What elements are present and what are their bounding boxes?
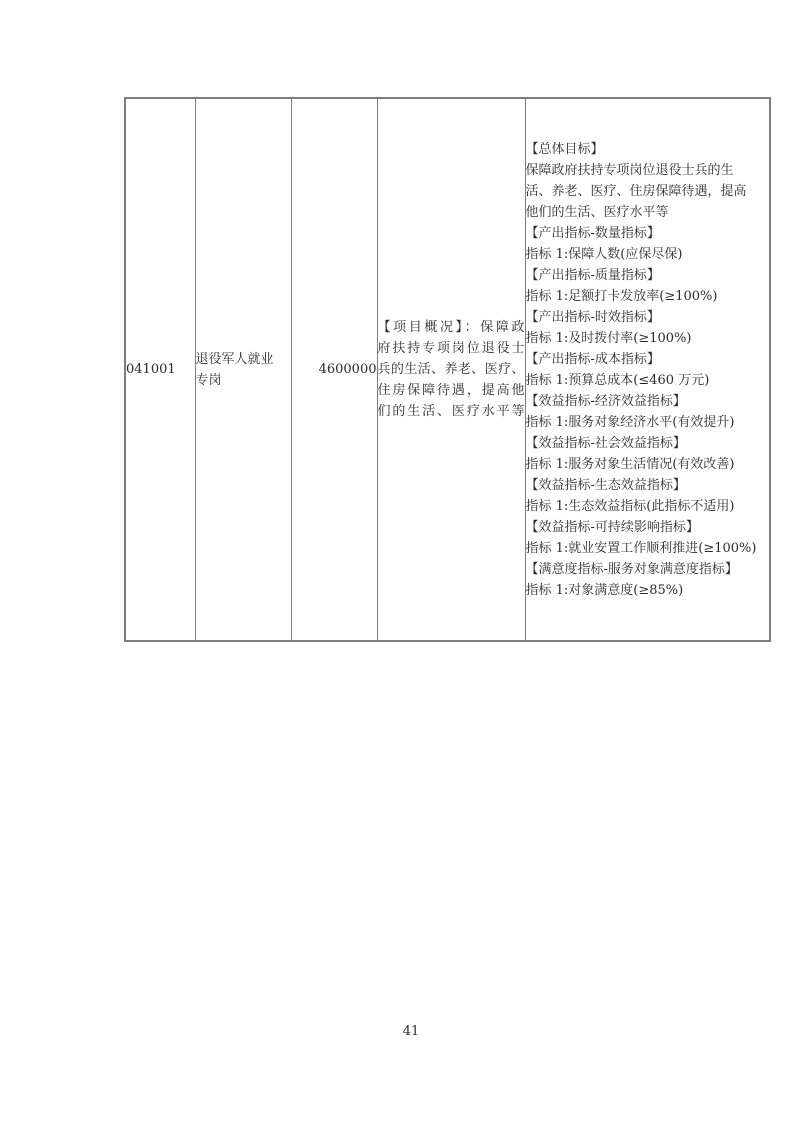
text-line: 指标 1:预算总成本(≤460 万元) [526,370,770,391]
table-row: 041001 退役军人就业专岗 4600000 【项目概况】：保障政府扶持专项岗… [125,98,770,641]
text-line: 指标 1:就业安置工作顺利推进(≥100%) [526,538,770,559]
project-name-cell: 退役军人就业专岗 [195,98,291,641]
text-line: 【产出指标-成本指标】 [526,349,770,370]
text-line: 【项目概况】：保障政 [378,317,525,338]
text-line: 指标 1:及时拨付率(≥100%) [526,328,770,349]
text-line: 【效益指标-生态效益指标】 [526,475,770,496]
text-line: 指标 1:对象满意度(≥85%) [526,580,770,601]
text-line: 【产出指标-质量指标】 [526,265,770,286]
text-line: 保障政府扶持专项岗位退役士兵的生 [526,160,770,181]
text-line: 退役军人就业 [196,349,291,370]
text-line: 【效益指标-社会效益指标】 [526,433,770,454]
project-performance-table: 041001 退役军人就业专岗 4600000 【项目概况】：保障政府扶持专项岗… [124,97,771,642]
text-line: 他们的生活、医疗水平等 [526,202,770,223]
text-line: 指标 1:生态效益指标(此指标不适用) [526,496,770,517]
text-line: 【总体目标】 [526,139,770,160]
text-line: 指标 1:保障人数(应保尽保) [526,244,770,265]
text-line: 专岗 [196,370,291,391]
text-line: 住房保障待遇，提高他 [378,380,525,401]
text-line: 【效益指标-可持续影响指标】 [526,517,770,538]
project-amount-cell: 4600000 [291,98,377,641]
project-code-cell: 041001 [125,98,195,641]
project-indicators-cell: 【总体目标】保障政府扶持专项岗位退役士兵的生活、养老、医疗、住房保障待遇，提高他… [525,98,770,641]
project-overview-cell: 【项目概况】：保障政府扶持专项岗位退役士兵的生活、养老、医疗、住房保障待遇，提高… [377,98,525,641]
text-line: 【产出指标-时效指标】 [526,307,770,328]
text-line: 【产出指标-数量指标】 [526,223,770,244]
document-page: 041001 退役军人就业专岗 4600000 【项目概况】：保障政府扶持专项岗… [0,0,793,1122]
text-line: 指标 1:足额打卡发放率(≥100%) [526,286,770,307]
text-line: 兵的生活、养老、医疗、 [378,359,525,380]
text-line: 【满意度指标-服务对象满意度指标】 [526,559,770,580]
page-number: 41 [0,1024,793,1039]
text-line: 活、养老、医疗、住房保障待遇，提高 [526,181,770,202]
text-line: 【效益指标-经济效益指标】 [526,391,770,412]
text-line: 指标 1:服务对象经济水平(有效提升) [526,412,770,433]
text-line: 府扶持专项岗位退役士 [378,338,525,359]
text-line: 指标 1:服务对象生活情况(有效改善) [526,454,770,475]
text-line: 们的生活、医疗水平等 [378,401,525,422]
